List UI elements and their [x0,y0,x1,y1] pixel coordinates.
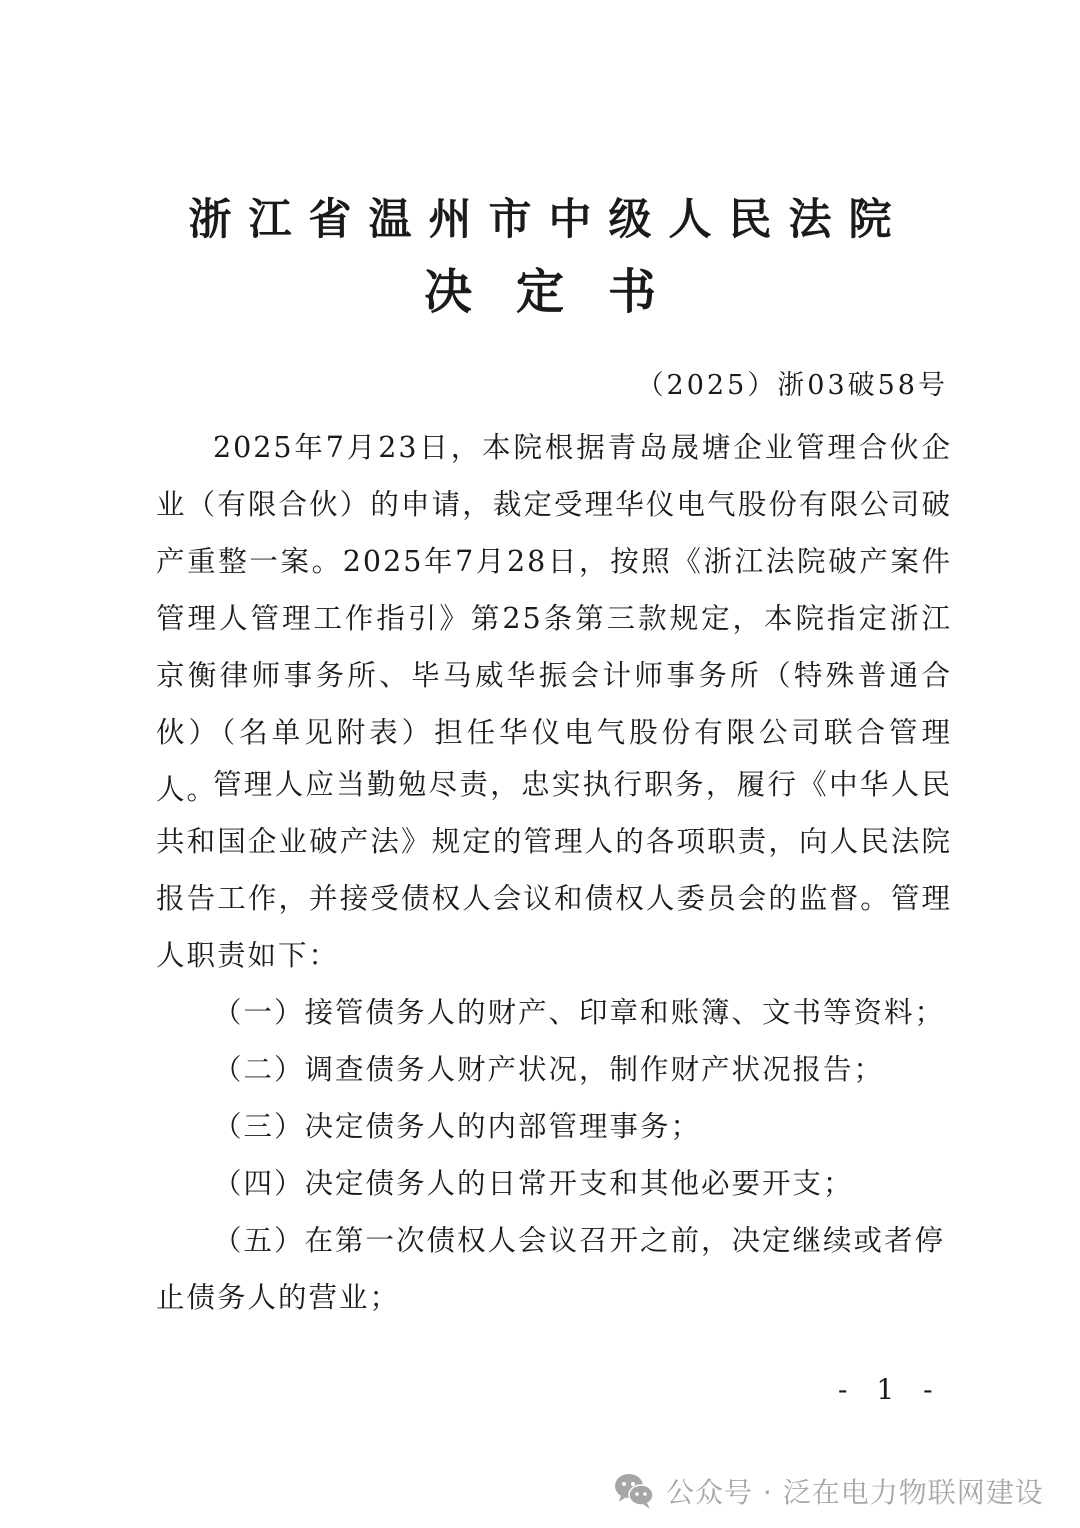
page-number: - 1 - [838,1370,943,1410]
case-number: （2025）浙03破58号 [637,362,948,410]
court-name-heading: 浙江省温州市中级人民法院 [0,190,1080,250]
duty-item-1: （一）接管债务人的财产、印章和账簿、文书等资料； [156,984,952,1041]
duty-item-3: （三）决定债务人的内部管理事务； [156,1098,952,1155]
duty-item-5: （五）在第一次债权人会议召开之前，决定继续或者停止债务人的营业； [156,1212,952,1326]
document-type-heading: 决定书 [0,260,1080,324]
duty-item-4: （四）决定债务人的日常开支和其他必要开支； [156,1155,952,1212]
duty-item-2: （二）调查债务人财产状况，制作财产状况报告； [156,1041,952,1098]
wechat-icon [614,1472,654,1510]
body-paragraph-2: 管理人应当勤勉尽责，忠实执行职务，履行《中华人民共和国企业破产法》规定的管理人的… [156,756,952,984]
watermark-text: 公众号 · 泛在电力物联网建设 [666,1471,1044,1511]
document-page: 浙江省温州市中级人民法院 决定书 （2025）浙03破58号 2025年7月23… [0,0,1080,1528]
paragraph-text: 管理人应当勤勉尽责，忠实执行职务，履行《中华人民共和国企业破产法》规定的管理人的… [156,756,952,984]
duties-list: （一）接管债务人的财产、印章和账簿、文书等资料； （二）调查债务人财产状况，制作… [156,984,952,1326]
watermark: 公众号 · 泛在电力物联网建设 [614,1466,1044,1516]
